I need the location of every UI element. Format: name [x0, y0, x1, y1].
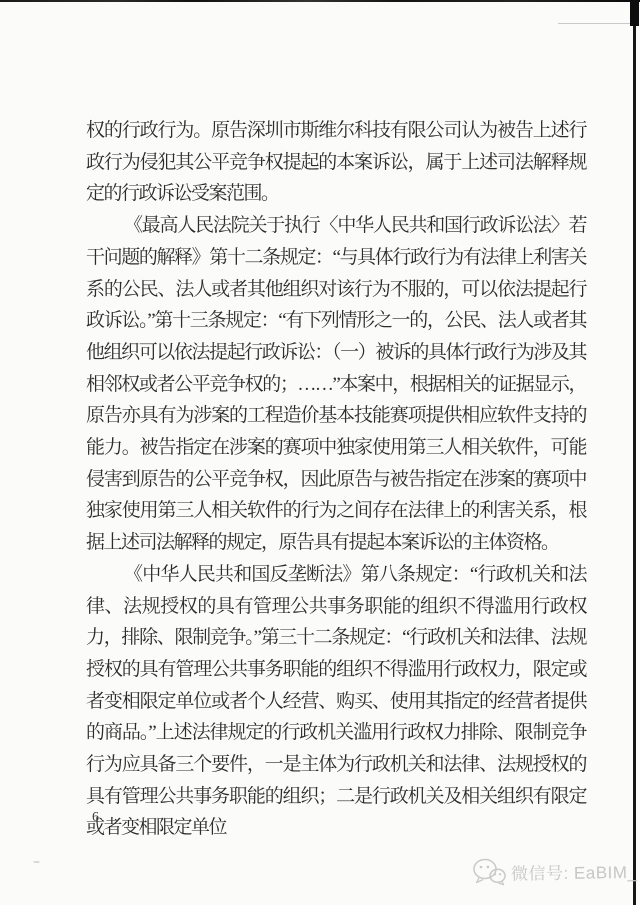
watermark-label: 微信号: EaBIM_ [511, 857, 638, 884]
page-number: 6 [92, 810, 99, 826]
scan-artifact-line [558, 23, 630, 24]
scan-speck [33, 861, 40, 863]
scan-edge-right [633, 0, 636, 905]
scanned-document-page: 权的行政行为。原告深圳市斯维尔科技有限公司认为被告上述行政行为侵犯其公平竞争权提… [0, 0, 640, 905]
paragraph-2: 《最高人民法院关于执行〈中华人民共和国行政诉讼法〉若干问题的解释》第十二条规定：… [86, 210, 586, 559]
paragraph-3: 《中华人民共和国反垄断法》第八条规定：“行政机关和法律、法规授权的具有管理公共事… [86, 559, 586, 844]
scan-corner-artifact [630, 0, 639, 26]
watermark: 微信号: EaBIM_ [472, 856, 638, 886]
wechat-icon [472, 858, 506, 886]
scan-edge-top [0, 0, 640, 2]
document-body: 权的行政行为。原告深圳市斯维尔科技有限公司认为被告上述行政行为侵犯其公平竞争权提… [86, 115, 586, 844]
paragraph-1: 权的行政行为。原告深圳市斯维尔科技有限公司认为被告上述行政行为侵犯其公平竞争权提… [86, 115, 586, 210]
